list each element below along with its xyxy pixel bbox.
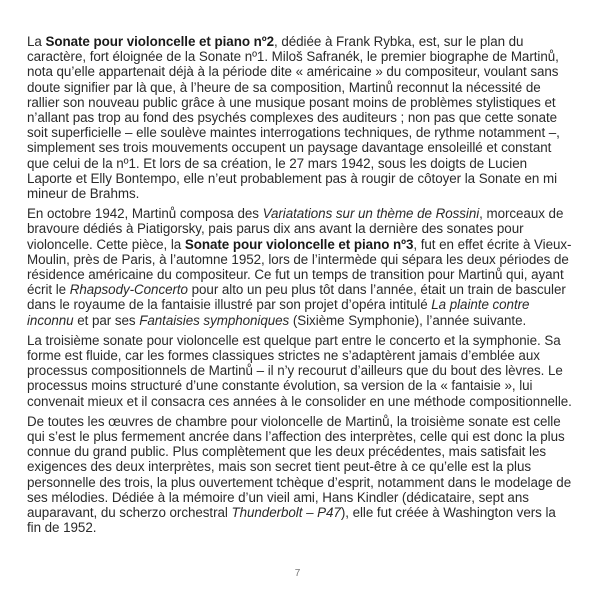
page-number: 7 (0, 568, 595, 579)
text-run: En octobre 1942, Martinů composa des (27, 206, 263, 221)
work-title-italic: Variatations sur un thème de Rossini (263, 206, 480, 221)
paragraph-sonata-3-origin: En octobre 1942, Martinů composa des Var… (27, 206, 572, 328)
text-run: et par ses (74, 313, 140, 328)
work-title-bold: Sonate pour violoncelle et piano nº3 (185, 237, 414, 252)
text-run: La (27, 34, 45, 49)
text-run: , dédiée à Frank Rybka, est, sur le plan… (27, 34, 560, 201)
work-title-italic: Fantaisies symphoniques (139, 313, 289, 328)
paragraph-sonata-3-reception: De toutes les œuvres de chambre pour vio… (27, 414, 572, 536)
text-run: La troisième sonate pour violoncelle est… (27, 333, 572, 409)
work-title-italic: Thunderbolt – P47 (231, 505, 340, 520)
paragraph-sonata-3-form: La troisième sonate pour violoncelle est… (27, 333, 572, 409)
document-body: La Sonate pour violoncelle et piano nº2,… (27, 34, 572, 541)
paragraph-sonata-2: La Sonate pour violoncelle et piano nº2,… (27, 34, 572, 201)
text-run: (Sixième Symphonie), l’année suivante. (289, 313, 526, 328)
work-title-italic: Rhapsody-Concerto (70, 282, 188, 297)
work-title-bold: Sonate pour violoncelle et piano nº2 (45, 34, 274, 49)
